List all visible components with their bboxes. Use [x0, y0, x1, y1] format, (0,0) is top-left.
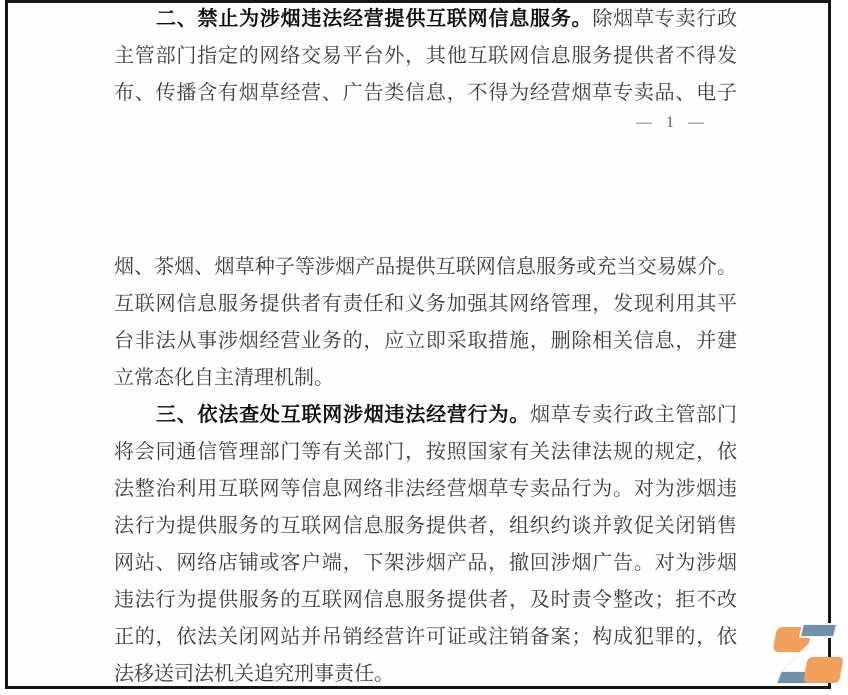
text-line: 布、传播含有烟草经营、广告类信息，不得为经营烟草专卖品、电子	[114, 75, 737, 112]
document-page: 二、禁止为涉烟违法经营提供互联网信息服务。除烟草专卖行政 主管部门指定的网络交易…	[0, 0, 848, 695]
section-3-heading-rest: 烟草专卖行政主管部门	[530, 404, 737, 426]
text-line: 将会同通信管理部门等有关部门，按照国家有关法律法规的规定，依	[114, 434, 737, 471]
text-line: 法行为提供服务的互联网信息服务提供者，组织约谈并敦促关闭销售	[114, 508, 737, 545]
text-line: 法移送司法机关追究刑事责任。	[114, 656, 737, 693]
text-line: 违法行为提供服务的互联网信息服务提供者，及时责令整改；拒不改	[114, 582, 737, 619]
text-line: 网站、网络店铺或客户端，下架涉烟产品，撤回涉烟广告。对为涉烟	[114, 545, 737, 582]
text-line: 二、禁止为涉烟违法经营提供互联网信息服务。除烟草专卖行政	[114, 1, 737, 38]
text-line: 烟、茶烟、烟草种子等涉烟产品提供互联网信息服务或充当交易媒介。	[114, 249, 737, 286]
section-2-heading-rest: 除烟草专卖行政	[592, 8, 737, 30]
section-2-heading: 二、禁止为涉烟违法经营提供互联网信息服务。	[156, 8, 592, 30]
page-number: — 1 —	[114, 111, 737, 135]
text-line: 台非法从事涉烟经营业务的，应立即采取措施，删除相关信息，并建	[114, 323, 737, 360]
section-2-paragraph: 二、禁止为涉烟违法经营提供互联网信息服务。除烟草专卖行政 主管部门指定的网络交易…	[114, 1, 737, 112]
text-line: 互联网信息服务提供者有责任和义务加强其网络管理，发现利用其平	[114, 286, 737, 323]
text-line: 三、依法查处互联网涉烟违法经营行为。烟草专卖行政主管部门	[114, 397, 737, 434]
z-watermark-logo	[766, 621, 848, 695]
section-2-continued-and-section-3: 烟、茶烟、烟草种子等涉烟产品提供互联网信息服务或充当交易媒介。 互联网信息服务提…	[114, 249, 737, 693]
section-3-heading: 三、依法查处互联网涉烟违法经营行为。	[156, 404, 530, 426]
text-line: 法整治利用互联网等信息网络非法经营烟草专卖品行为。对为涉烟违	[114, 471, 737, 508]
orange-tile-bottom-icon	[803, 657, 844, 683]
text-line: 正的，依法关闭网站并吊销经营许可证或注销备案；构成犯罪的，依	[114, 619, 737, 656]
text-line: 立常态化自主清理机制。	[114, 360, 737, 397]
text-line: 主管部门指定的网络交易平台外，其他互联网信息服务提供者不得发	[114, 38, 737, 75]
